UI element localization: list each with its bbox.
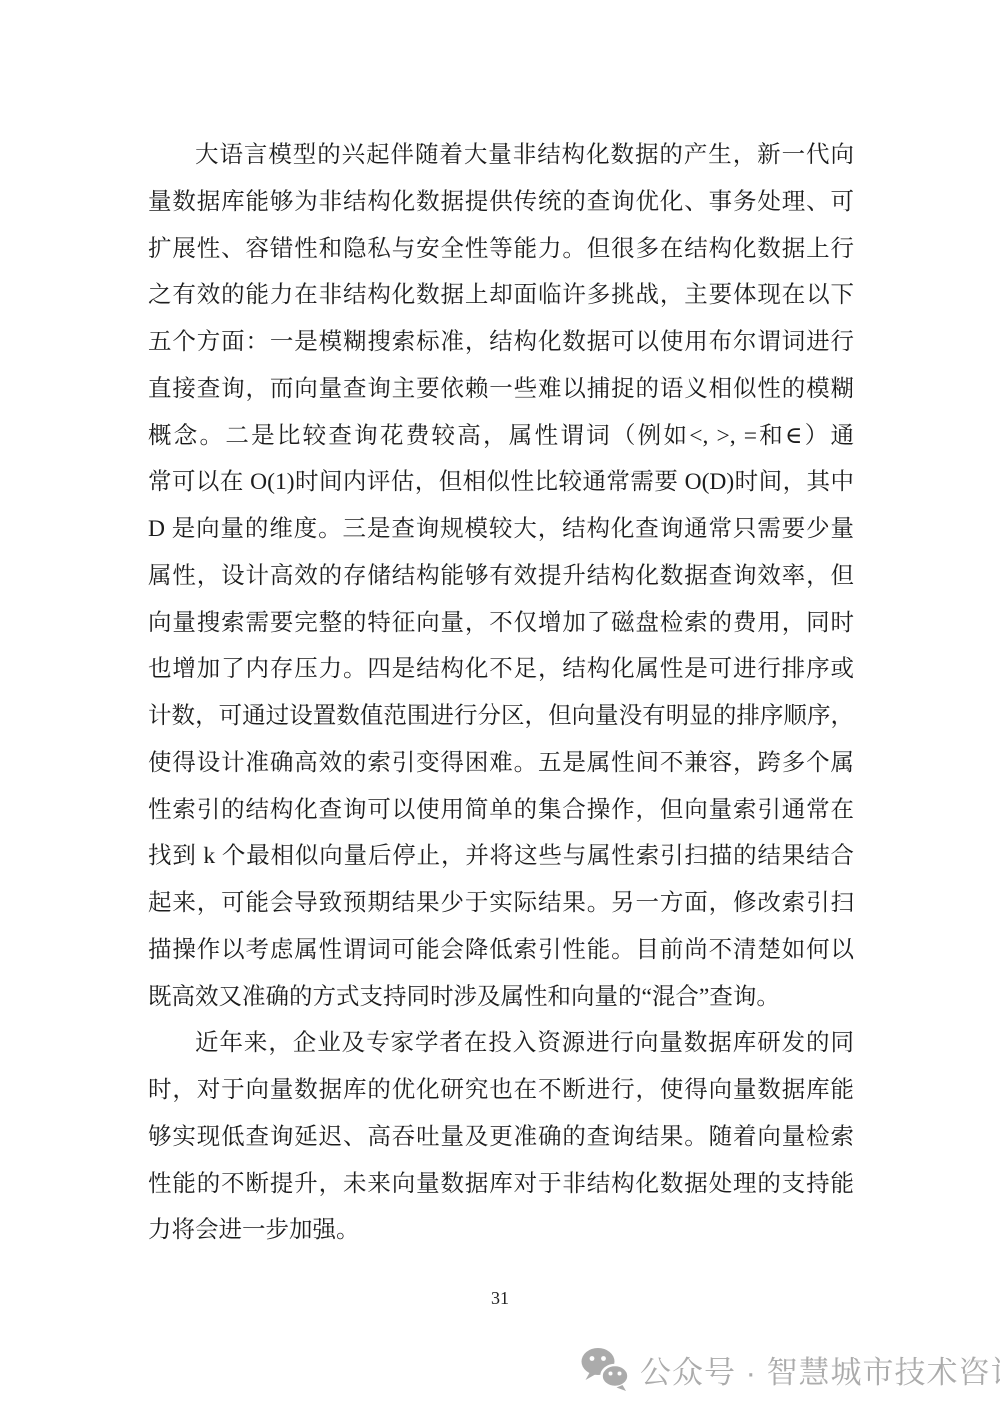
text-line: 既高效又准确的方式支持同时涉及属性和向量的“混合”查询。 xyxy=(148,974,854,1021)
text-line: 找到 k 个最相似向量后停止，并将这些与属性索引扫描的结果结合 xyxy=(148,833,854,880)
watermark-label: 公众号 · 智慧城市技术咨询 xyxy=(640,1347,1000,1392)
text-line: 之有效的能力在非结构化数据上却面临许多挑战，主要体现在以下 xyxy=(148,272,854,319)
text-line: 性索引的结构化查询可以使用简单的集合操作，但向量索引通常在 xyxy=(148,787,854,834)
paragraph: 近年来，企业及专家学者在投入资源进行向量数据库研发的同时，对于向量数据库的优化研… xyxy=(148,1020,854,1254)
text-line: 描操作以考虑属性谓词可能会降低索引性能。目前尚不清楚如何以 xyxy=(148,927,854,974)
text-line: 属性，设计高效的存储结构能够有效提升结构化数据查询效率，但 xyxy=(148,553,854,600)
text-line: 也增加了内存压力。四是结构化不足，结构化属性是可进行排序或 xyxy=(148,646,854,693)
text-line: 使得设计准确高效的索引变得困难。五是属性间不兼容，跨多个属 xyxy=(148,740,854,787)
text-line: 向量搜索需要完整的特征向量，不仅增加了磁盘检索的费用，同时 xyxy=(148,600,854,647)
text-line: 大语言模型的兴起伴随着大量非结构化数据的产生，新一代向 xyxy=(148,132,854,179)
text-line: 概念。二是比较查询花费较高，属性谓词（例如<, >, =和∈）通 xyxy=(148,413,854,460)
document-page: 大语言模型的兴起伴随着大量非结构化数据的产生，新一代向量数据库能够为非结构化数据… xyxy=(0,0,1000,1414)
text-line: 直接查询，而向量查询主要依赖一些难以捕捉的语义相似性的模糊 xyxy=(148,366,854,413)
paragraph: 大语言模型的兴起伴随着大量非结构化数据的产生，新一代向量数据库能够为非结构化数据… xyxy=(148,132,854,1020)
watermark: 公众号 · 智慧城市技术咨询 xyxy=(580,1346,1000,1392)
text-line: 时，对于向量数据库的优化研究也在不断进行，使得向量数据库能 xyxy=(148,1067,854,1114)
text-line: 力将会进一步加强。 xyxy=(148,1207,854,1254)
text-line: 计数，可通过设置数值范围进行分区，但向量没有明显的排序顺序， xyxy=(148,693,854,740)
page-number: 31 xyxy=(0,1288,1000,1309)
text-line: 近年来，企业及专家学者在投入资源进行向量数据库研发的同 xyxy=(148,1020,854,1067)
text-line: 性能的不断提升，未来向量数据库对于非结构化数据处理的支持能 xyxy=(148,1161,854,1208)
text-line: D 是向量的维度。三是查询规模较大，结构化查询通常只需要少量 xyxy=(148,506,854,553)
body-text: 大语言模型的兴起伴随着大量非结构化数据的产生，新一代向量数据库能够为非结构化数据… xyxy=(148,132,854,1254)
wechat-icon xyxy=(580,1346,630,1392)
text-line: 够实现低查询延迟、高吞吐量及更准确的查询结果。随着向量检索 xyxy=(148,1114,854,1161)
text-line: 扩展性、容错性和隐私与安全性等能力。但很多在结构化数据上行 xyxy=(148,226,854,273)
text-line: 五个方面：一是模糊搜索标准，结构化数据可以使用布尔谓词进行 xyxy=(148,319,854,366)
text-line: 常可以在 O(1)时间内评估，但相似性比较通常需要 O(D)时间，其中 xyxy=(148,459,854,506)
text-line: 量数据库能够为非结构化数据提供传统的查询优化、事务处理、可 xyxy=(148,179,854,226)
text-line: 起来，可能会导致预期结果少于实际结果。另一方面，修改索引扫 xyxy=(148,880,854,927)
